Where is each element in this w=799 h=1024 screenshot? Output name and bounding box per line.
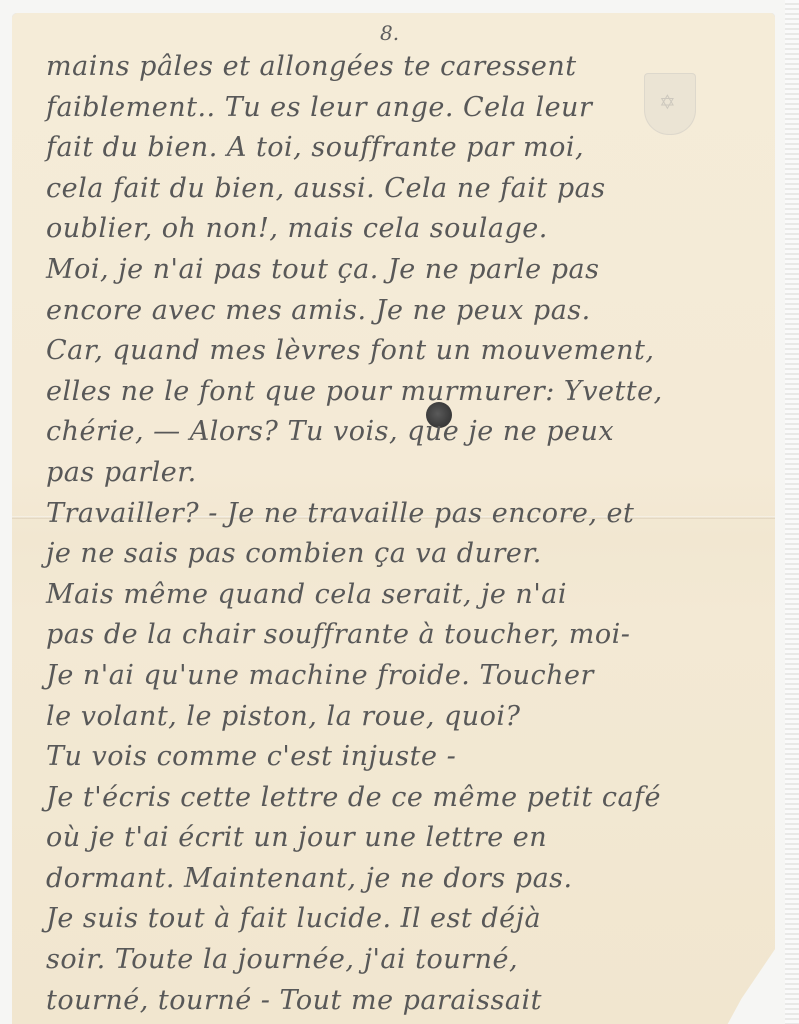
text-line: Je n'ai qu'une machine froide. Toucher (46, 656, 766, 697)
text-line: chérie, — Alors? Tu vois, que je ne peux (46, 412, 766, 453)
text-line: Je suis tout à fait lucide. Il est déjà (46, 899, 766, 940)
text-line: Moi, je n'ai pas tout ça. Je ne parle pa… (46, 250, 766, 291)
text-line: dormant. Maintenant, je ne dors pas. (46, 859, 766, 900)
text-line: Car, quand mes lèvres font un mouvement, (46, 331, 766, 372)
text-line: oublier, oh non!, mais cela soulage. (46, 209, 766, 250)
text-line: tourné, tourné - Tout me paraissait (46, 981, 766, 1022)
letter-sheet: ✡ 8. mains pâles et allongées te caresse… (12, 13, 775, 1024)
page-number: 8. (380, 21, 399, 45)
text-line: Travailler? - Je ne travaille pas encore… (46, 494, 766, 535)
text-line: Tu vois comme c'est injuste - (46, 737, 766, 778)
text-line: le volant, le piston, la roue, quoi? (46, 697, 766, 738)
text-line: faiblement.. Tu es leur ange. Cela leur (46, 88, 766, 129)
text-line: fait du bien. A toi, souffrante par moi, (46, 128, 766, 169)
scanner-edge (785, 0, 799, 1024)
text-line: elles ne le font que pour murmurer: Yvet… (46, 372, 766, 413)
text-line: où je t'ai écrit un jour une lettre en (46, 818, 766, 859)
text-line: encore avec mes amis. Je ne peux pas. (46, 291, 766, 332)
text-line: je ne sais pas combien ça va durer. (46, 534, 766, 575)
text-line: mains pâles et allongées te caressent (46, 47, 766, 88)
text-line: Je t'écris cette lettre de ce même petit… (46, 778, 766, 819)
text-line: pas parler. (46, 453, 766, 494)
letter-body: mains pâles et allongées te caressent fa… (46, 47, 766, 1021)
scanned-document: ✡ 8. mains pâles et allongées te caresse… (0, 0, 799, 1024)
text-line: Mais même quand cela serait, je n'ai (46, 575, 766, 616)
text-line: pas de la chair souffrante à toucher, mo… (46, 615, 766, 656)
text-line: cela fait du bien, aussi. Cela ne fait p… (46, 169, 766, 210)
text-line: soir. Toute la journée, j'ai tourné, (46, 940, 766, 981)
